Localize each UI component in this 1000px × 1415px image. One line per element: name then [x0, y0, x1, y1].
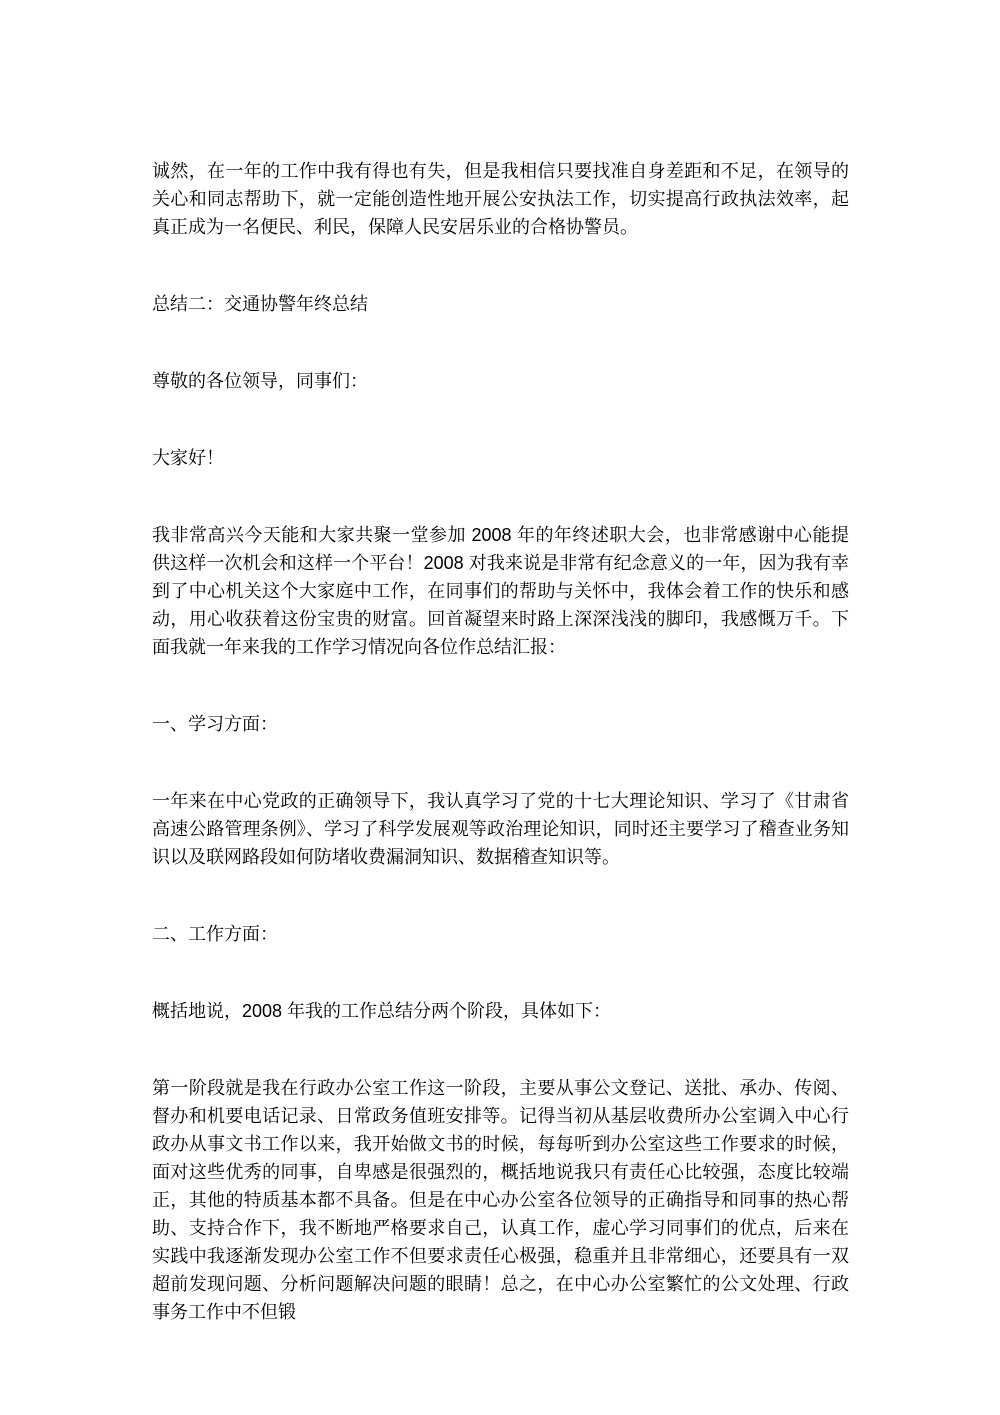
heading-summary-two: 总结二：交通协警年终总结 [152, 290, 849, 318]
paragraph-salutation: 尊敬的各位领导，同事们： [152, 367, 849, 395]
heading-study-section: 一、学习方面： [152, 710, 849, 738]
heading-work-section: 二、工作方面： [152, 920, 849, 948]
paragraph-closing-remark: 诚然，在一年的工作中我有得也有失，但是我相信只要找准自身差距和不足，在领导的关心… [152, 157, 849, 241]
paragraph-work-stage-one: 第一阶段就是我在行政办公室工作这一阶段，主要从事公文登记、送批、承办、传阅、督办… [152, 1074, 849, 1326]
paragraph-study: 一年来在中心党政的正确领导下，我认真学习了党的十七大理论知识、学习了《甘肃省高速… [152, 787, 849, 871]
paragraph-work-overview: 概括地说，2008 年我的工作总结分两个阶段，具体如下： [152, 997, 849, 1025]
document-page: 诚然，在一年的工作中我有得也有失，但是我相信只要找准自身差距和不足，在领导的关心… [0, 0, 1000, 1415]
paragraph-greeting: 大家好！ [152, 444, 849, 472]
paragraph-opening: 我非常高兴今天能和大家共聚一堂参加 2008 年的年终述职大会，也非常感谢中心能… [152, 521, 849, 661]
